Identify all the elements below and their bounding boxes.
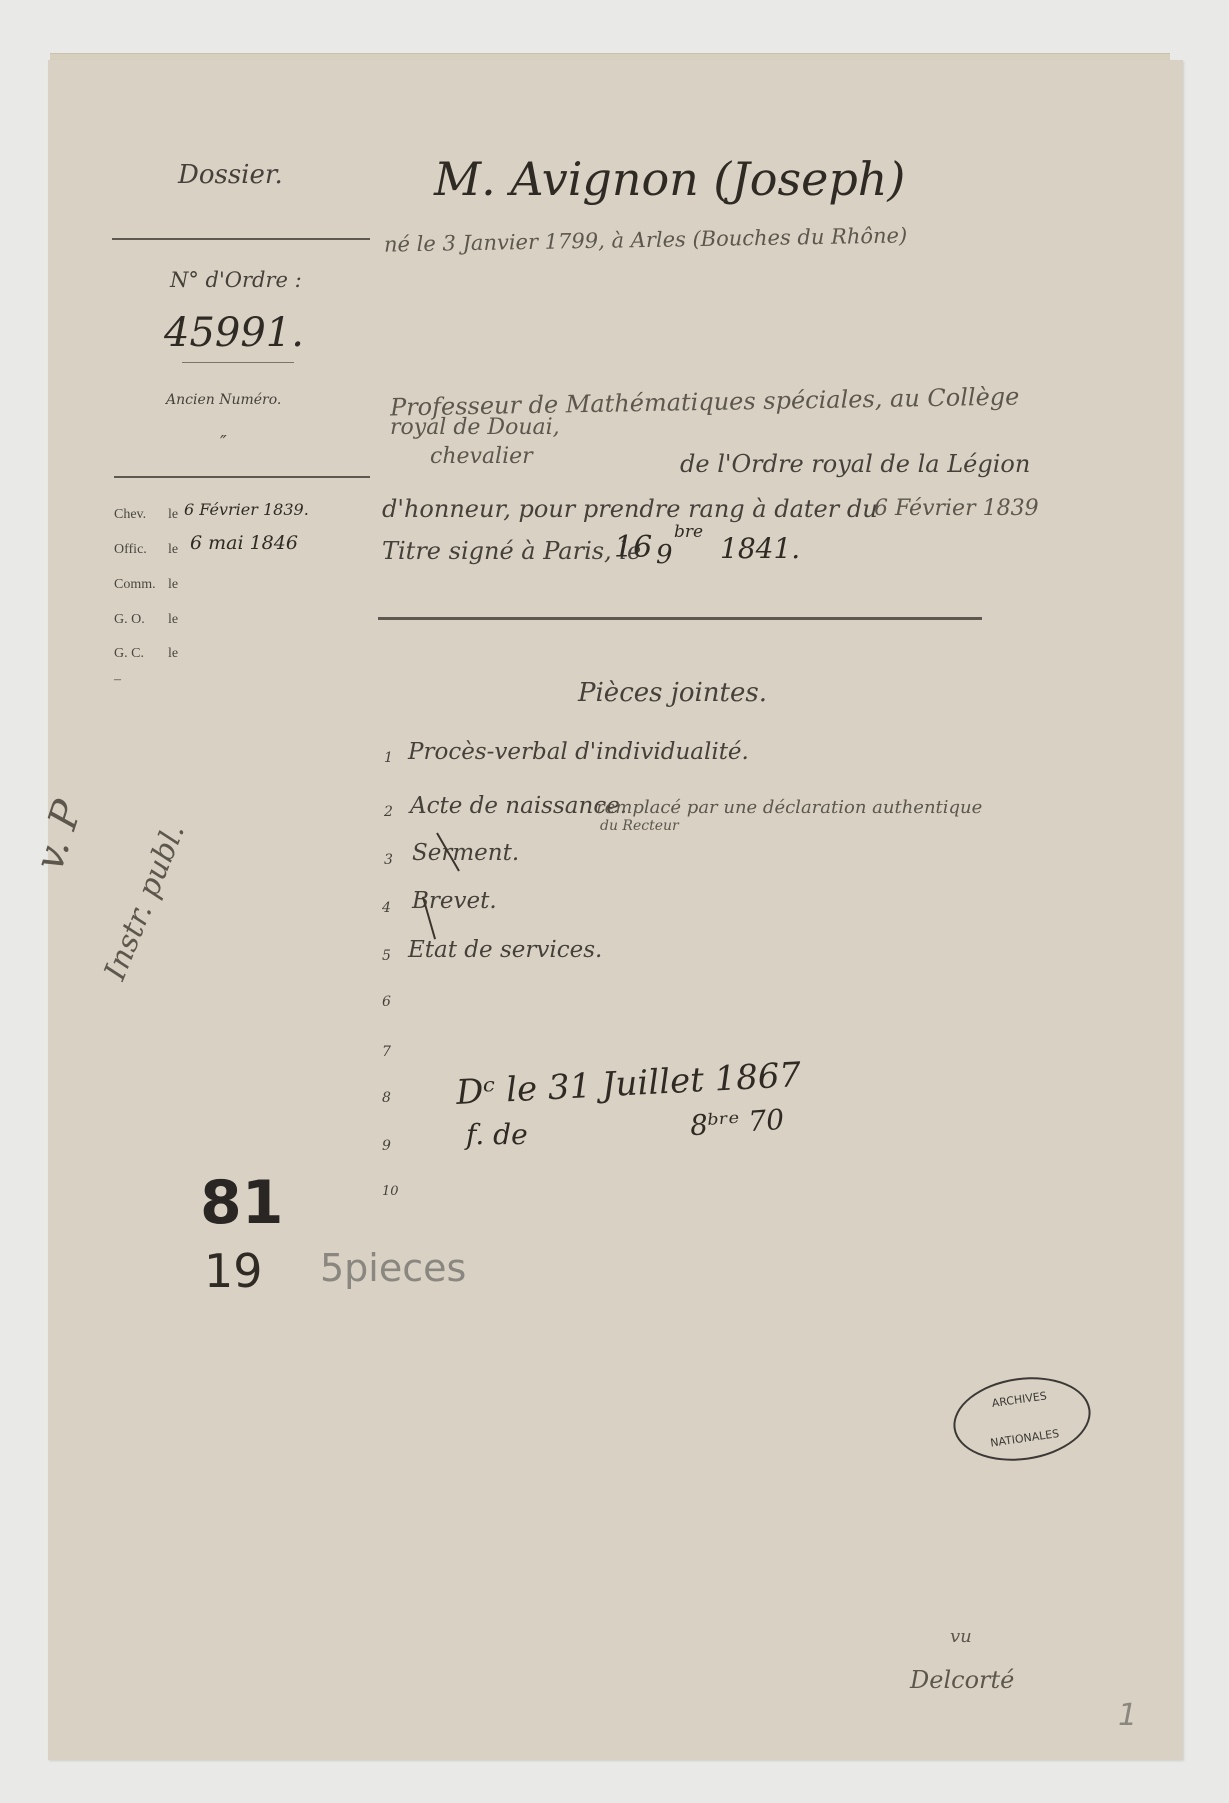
title-date-sup: bre — [674, 522, 703, 542]
piece-note-2b: du Recteur — [600, 818, 679, 834]
piece-note-2: remplacé par une déclaration authentique — [596, 797, 982, 818]
grade-le-offic: le — [168, 542, 178, 558]
piece-num-1: 1 — [384, 750, 393, 766]
rank-date: 6 Février 1839 — [874, 496, 1039, 521]
grade-le-comm: le — [168, 577, 178, 593]
old-number-value: ″ — [220, 432, 227, 453]
bottom-note-signature: Delcorté — [910, 1666, 1014, 1694]
grade-date-chev: 6 Février 1839. — [184, 500, 309, 519]
left-ornament-rule — [114, 476, 370, 478]
body-divider-rule — [378, 617, 982, 620]
pencil-piece-count: 5pieces — [320, 1246, 466, 1290]
piece-num-4: 4 — [382, 900, 391, 916]
piece-num-3: 3 — [384, 852, 393, 868]
order-number: 45991. — [164, 310, 304, 356]
order-underline — [182, 362, 294, 363]
dossier-rule — [112, 238, 370, 240]
piece-num-6: 6 — [382, 994, 391, 1010]
grade-abbr-comm: Comm. — [114, 577, 156, 593]
death-note-line-2b: 8ᵇʳᵉ 70 — [689, 1103, 785, 1142]
piece-label-3: Serment. — [412, 840, 519, 866]
profession-line-2: royal de Douai, — [390, 415, 560, 440]
title-date-year: 1841. — [720, 532, 800, 565]
grade-abbr-chev: Chev. — [114, 507, 146, 523]
grade-le-go: le — [168, 612, 178, 628]
old-number-label: Ancien Numéro. — [166, 392, 281, 408]
title-date-day: 16 — [614, 530, 652, 565]
pieces-heading: Pièces jointes. — [578, 678, 767, 708]
piece-num-7: 7 — [382, 1044, 391, 1060]
piece-num-8: 8 — [382, 1090, 391, 1106]
grade-abbr-go: G. O. — [114, 612, 145, 628]
grade-abbr-offic: Offic. — [114, 542, 147, 558]
piece-label-2: Acte de naissance. — [410, 793, 627, 819]
death-note-line-2a: f. de — [466, 1118, 528, 1151]
birth-info: né le 3 Janvier 1799, à Arles (Bouches d… — [384, 223, 908, 256]
handwritten-number: 19 — [204, 1244, 263, 1298]
archives-nationales-stamp: ARCHIVES NATIONALES — [948, 1369, 1096, 1469]
grade-le-chev: le — [168, 507, 178, 523]
honneur-text: d'honneur, pour prendre rang à dater du — [382, 495, 878, 523]
piece-num-10: 10 — [382, 1184, 399, 1199]
person-name: M. Avignon (Joseph) — [434, 152, 905, 206]
order-label: N° d'Ordre : — [170, 268, 302, 292]
piece-num-9: 9 — [382, 1138, 391, 1154]
title-date-month: 9 — [656, 540, 673, 570]
piece-num-2: 2 — [384, 804, 393, 820]
grade-dash: – — [114, 672, 121, 688]
margin-note-instr-publ: Instr. publ. — [98, 818, 192, 985]
piece-num-5: 5 — [382, 948, 391, 964]
dossier-heading: Dossier. — [178, 160, 283, 190]
stamp-line-2: NATIONALES — [957, 1423, 1092, 1455]
box-number: 81 — [200, 1168, 284, 1238]
page-number: 1 — [1118, 1698, 1137, 1733]
document-page: Dossier. N° d'Ordre : 45991. Ancien Numé… — [48, 60, 1183, 1760]
stamp-line-1: ARCHIVES — [952, 1384, 1087, 1416]
title-text: Titre signé à Paris, le — [382, 537, 641, 565]
grade-date-offic: 6 mai 1846 — [190, 532, 298, 554]
piece-label-5: Etat de services. — [408, 937, 602, 963]
bottom-note-vu: vu — [950, 1626, 972, 1647]
grade-handwritten: chevalier — [430, 444, 533, 469]
grade-abbr-gc: G. C. — [114, 646, 144, 662]
margin-note-vp: v. P — [26, 795, 91, 876]
order-text: de l'Ordre royal de la Légion — [680, 450, 1030, 478]
grade-le-gc: le — [168, 646, 178, 662]
piece-label-1: Procès-verbal d'individualité. — [408, 739, 749, 765]
